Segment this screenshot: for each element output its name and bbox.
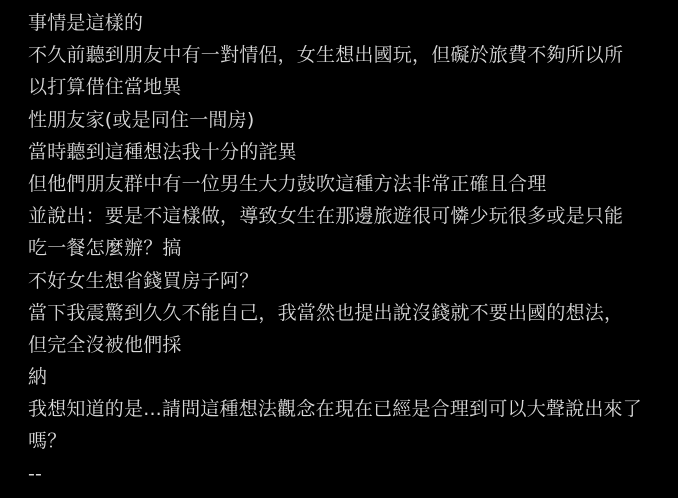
post-line: 吃一餐怎麼辦？搞 <box>28 232 668 264</box>
post-line: 性朋友家(或是同住一間房) <box>28 104 668 136</box>
post-line: 但完全沒被他們採 <box>28 329 668 361</box>
post-line: 不好女生想省錢買房子阿？ <box>28 265 668 297</box>
post-line: 但他們朋友群中有一位男生大力鼓吹這種方法非常正確且合理 <box>28 168 668 200</box>
post-line: 以打算借住當地異 <box>28 71 668 103</box>
post-line: 納 <box>28 361 668 393</box>
post-body: 事情是這樣的 不久前聽到朋友中有一對情侶，女生想出國玩，但礙於旅費不夠所以所 以… <box>28 7 668 490</box>
post-line: 當時聽到這種想法我十分的詫異 <box>28 136 668 168</box>
post-line: 當下我震驚到久久不能自己，我當然也提出說沒錢就不要出國的想法， <box>28 297 668 329</box>
post-line: 不久前聽到朋友中有一對情侶，女生想出國玩，但礙於旅費不夠所以所 <box>28 39 668 71</box>
post-line: 事情是這樣的 <box>28 7 668 39</box>
post-line: 嗎？ <box>28 425 668 457</box>
post-line: 並說出：要是不這樣做，導致女生在那邊旅遊很可憐少玩很多或是只能 <box>28 200 668 232</box>
signature-separator: -- <box>28 458 668 490</box>
post-line: 我想知道的是...請問這種想法觀念在現在已經是合理到可以大聲說出來了 <box>28 393 668 425</box>
